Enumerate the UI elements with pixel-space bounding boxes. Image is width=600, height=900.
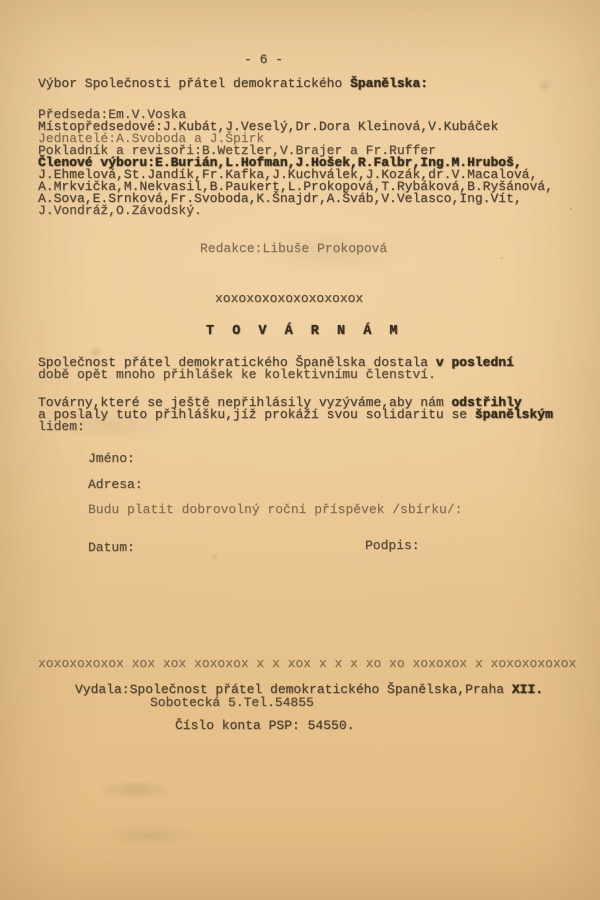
page-number: - 6 - [244,53,283,66]
form-address-label: Adresa: [88,478,143,491]
account-number-line: Číslo konta PSP: 54550. [175,719,354,732]
divider-xoxo-top: xoxoxoxoxoxoxoxoxox [215,292,363,305]
paragraph-text: a poslaly tuto přihlášku,jíž prokáží svo… [38,407,475,422]
paragraph-line: a poslaly tuto přihlášku,jíž prokáží svo… [38,408,553,421]
committee-title: Výbor Společnosti přátel demokratického … [38,77,428,90]
committee-members-line: J.Vondráž,O.Závodský. [38,204,202,217]
committee-title-text: Výbor Společnosti přátel demokratického [38,76,350,91]
section-heading-tovarnam: T O V Á R N Á M [206,325,403,338]
publisher-address-line: Sobotecká 5.Tel.54855 [150,696,314,709]
editor-line: Redakce:Libuše Prokopová [200,242,387,255]
form-contribution-label: Budu platit dobrovolný roční příspěvek /… [88,503,462,516]
divider-xoxo-bottom: xoxoxoxoxox xox xox xoxoxox x x xox x x … [38,657,576,670]
document-page: - 6 - Výbor Společnosti přátel demokrati… [0,0,600,900]
paragraph-line: lidem: [38,420,85,433]
paragraph-emphasis: španělským [475,407,553,422]
form-date-label: Datum: [88,541,135,554]
typewritten-text-layer: - 6 - Výbor Společnosti přátel demokrati… [0,0,600,900]
committee-title-emphasis: Španělska: [350,76,428,91]
form-signature-label: Podpis: [365,539,420,552]
publisher-emphasis: XII. [512,682,543,697]
paragraph-emphasis: v poslední [436,355,514,370]
paragraph-line: době opět mnoho přihlášek ke kolektivním… [38,368,436,381]
form-name-label: Jméno: [88,452,135,465]
